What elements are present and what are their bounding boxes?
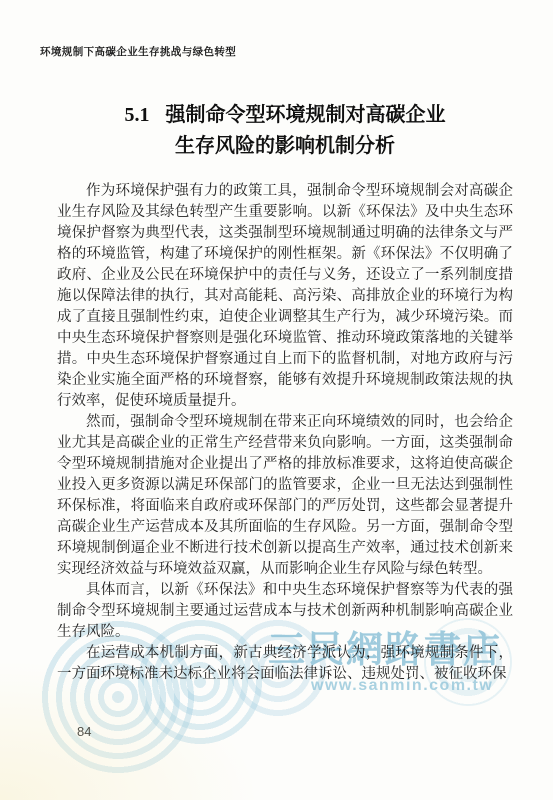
book-page: 三民網路書店 www.sanmin.com.tw 环境规制下高碳企业生存挑战与绿… — [0, 0, 553, 800]
paragraph: 具体而言，以新《环保法》和中央生态环境保护督察等为代表的强制命令型环境规制主要通… — [57, 580, 513, 643]
page-number: 84 — [77, 724, 91, 739]
section-title: 5.1强制命令型环境规制对高碳企业 生存风险的影响机制分析 — [57, 100, 513, 162]
paragraph: 在运营成本机制方面，新古典经济学派认为，强环境规制条件下，一方面环境标准未达标企… — [57, 643, 513, 685]
section-number: 5.1 — [125, 104, 150, 126]
section-title-line2: 生存风险的影响机制分析 — [57, 131, 513, 162]
paragraph: 作为环境保护强有力的政策工具，强制命令型环境规制会对高碳企业生存风险及其绿色转型… — [57, 181, 513, 412]
section-title-line1: 5.1强制命令型环境规制对高碳企业 — [57, 100, 513, 131]
paragraph: 然而，强制命令型环境规制在带来正向环境绩效的同时，也会给企业尤其是高碳企业的正常… — [57, 412, 513, 580]
section-title-text: 强制命令型环境规制对高碳企业 — [166, 104, 446, 126]
running-header: 环境规制下高碳企业生存挑战与绿色转型 — [40, 44, 236, 59]
body-text: 作为环境保护强有力的政策工具，强制命令型环境规制会对高碳企业生存风险及其绿色转型… — [57, 181, 513, 685]
